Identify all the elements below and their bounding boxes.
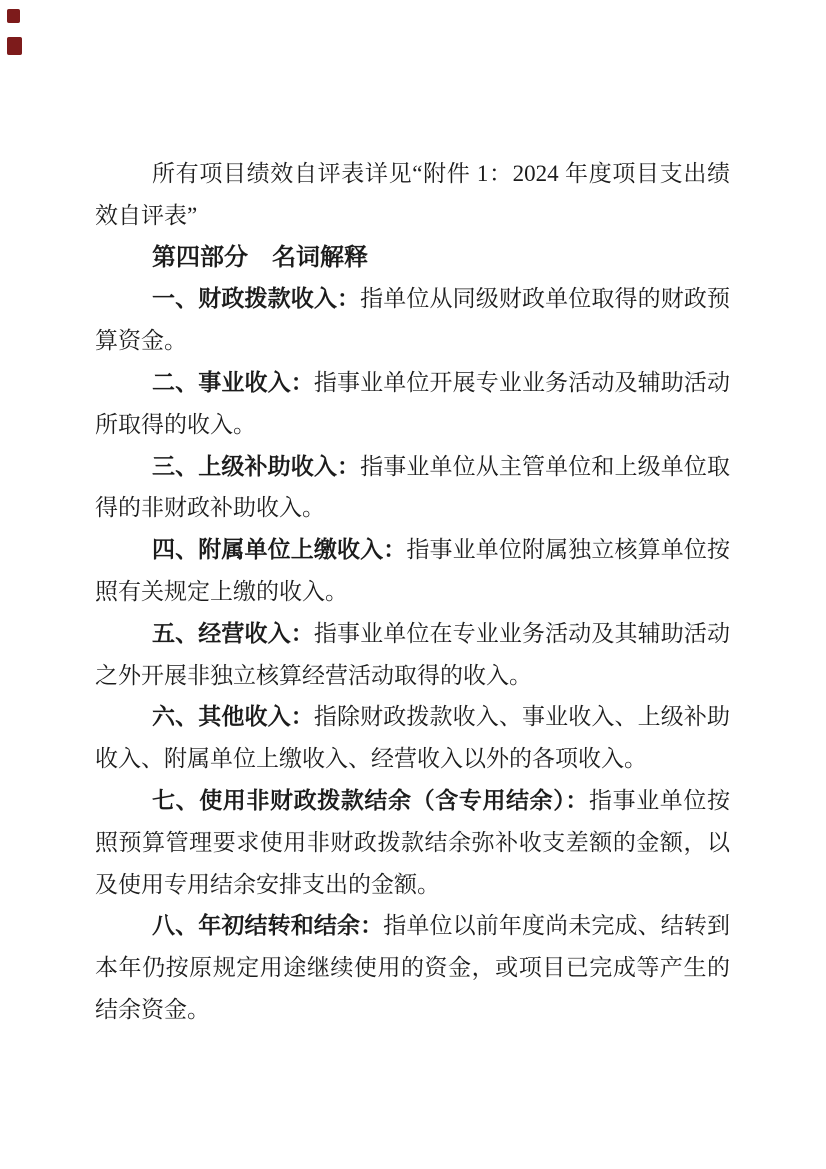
definition-term: 四、附属单位上缴收入： — [152, 537, 406, 562]
definition-term: 一、财政拨款收入： — [152, 286, 360, 311]
definition-term: 七、使用非财政拨款结余（含专用结余）： — [152, 788, 589, 813]
definition-item-4: 四、附属单位上缴收入：指事业单位附属独立核算单位按照有关规定上缴的收入。 — [95, 529, 730, 613]
definition-item-3: 三、上级补助收入：指事业单位从主管单位和上级单位取得的非财政补助收入。 — [95, 446, 730, 530]
definition-item-1: 一、财政拨款收入：指单位从同级财政单位取得的财政预算资金。 — [95, 278, 730, 362]
definition-item-5: 五、经营收入：指事业单位在专业业务活动及其辅助活动之外开展非独立核算经营活动取得… — [95, 613, 730, 697]
definition-item-6: 六、其他收入：指除财政拨款收入、事业收入、上级补助收入、附属单位上缴收入、经营收… — [95, 696, 730, 780]
corner-stamp-icon — [7, 37, 22, 55]
intro-paragraph: 所有项目绩效自评表详见“附件 1：2024 年度项目支出绩效自评表” — [95, 153, 730, 237]
definition-term: 三、上级补助收入： — [152, 454, 360, 479]
document-page: 所有项目绩效自评表详见“附件 1：2024 年度项目支出绩效自评表” 第四部分 … — [0, 0, 826, 1169]
definition-term: 五、经营收入： — [152, 621, 314, 646]
definition-term: 八、年初结转和结余： — [152, 913, 383, 938]
definition-term: 六、其他收入： — [152, 704, 314, 729]
definition-item-7: 七、使用非财政拨款结余（含专用结余）：指事业单位按照预算管理要求使用非财政拨款结… — [95, 780, 730, 905]
definition-term: 二、事业收入： — [152, 370, 314, 395]
document-body: 所有项目绩效自评表详见“附件 1：2024 年度项目支出绩效自评表” 第四部分 … — [95, 153, 730, 1031]
definition-item-8: 八、年初结转和结余：指单位以前年度尚未完成、结转到本年仍按原规定用途继续使用的资… — [95, 905, 730, 1030]
corner-stamp-icon — [7, 9, 20, 23]
definition-item-2: 二、事业收入：指事业单位开展专业业务活动及辅助活动所取得的收入。 — [95, 362, 730, 446]
section-heading: 第四部分 名词解释 — [95, 237, 730, 279]
